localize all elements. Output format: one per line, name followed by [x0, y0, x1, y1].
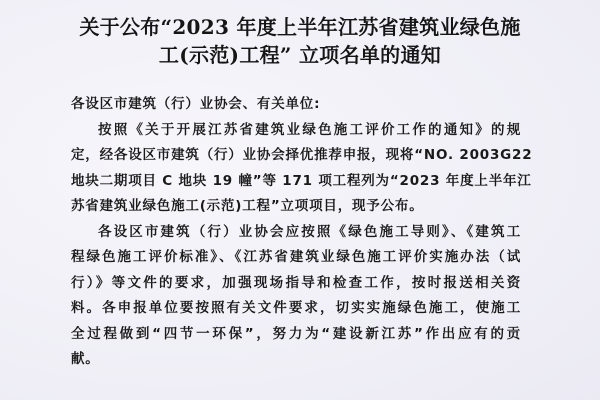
document-title: 关于公布“2023 年度上半年江苏省建筑业绿色施 工(示范)工程” 立项名单的通… [0, 13, 600, 69]
paragraph-2: 各设区市建筑（行）业协会应按照《绿色施工导则》、《建筑工 程绿色施工评价标准》、… [71, 220, 521, 373]
paragraph-1-line: 按照《关于开展江苏省建筑业绿色施工评价工作的通知》的规 [71, 118, 521, 144]
paragraph-2-line: 行）》等文件的要求，加强现场指导和检查工作，按时报送相关资 [71, 271, 521, 297]
paragraph-2-line: 程绿色施工评价标准》、《江苏省建筑业绿色施工评价实施办法（试 [71, 245, 521, 271]
paragraph-2-line: 各设区市建筑（行）业协会应按照《绿色施工导则》、《建筑工 [71, 220, 521, 246]
paragraph-1-line: 苏省建筑业绿色施工(示范)工程”立项项目，现予公布。 [71, 194, 521, 220]
paragraph-1-line: 地块二期项目 C 地块 19 幢”等 171 项工程列为“2023 年度上半年江 [71, 169, 521, 195]
paragraph-2-line: 献。 [71, 347, 521, 373]
title-line-2: 工(示范)工程” 立项名单的通知 [0, 41, 600, 69]
salutation: 各设区市建筑（行）业协会、有关单位: [71, 92, 521, 118]
paragraph-2-line: 料。各申报单位要按照有关文件要求，切实实施绿色施工，使施工 [71, 296, 521, 322]
title-line-1: 关于公布“2023 年度上半年江苏省建筑业绿色施 [0, 13, 600, 41]
paragraph-1-line: 定，经各设区市建筑（行）业协会择优推荐申报，现将“NO. 2003G22 [71, 143, 521, 169]
paragraph-1: 按照《关于开展江苏省建筑业绿色施工评价工作的通知》的规 定，经各设区市建筑（行）… [71, 118, 521, 220]
paragraph-2-line: 全过程做到“四节一环保”，努力为“建设新江苏”作出应有的贡 [71, 322, 521, 348]
document-body: 各设区市建筑（行）业协会、有关单位: 按照《关于开展江苏省建筑业绿色施工评价工作… [71, 92, 521, 373]
